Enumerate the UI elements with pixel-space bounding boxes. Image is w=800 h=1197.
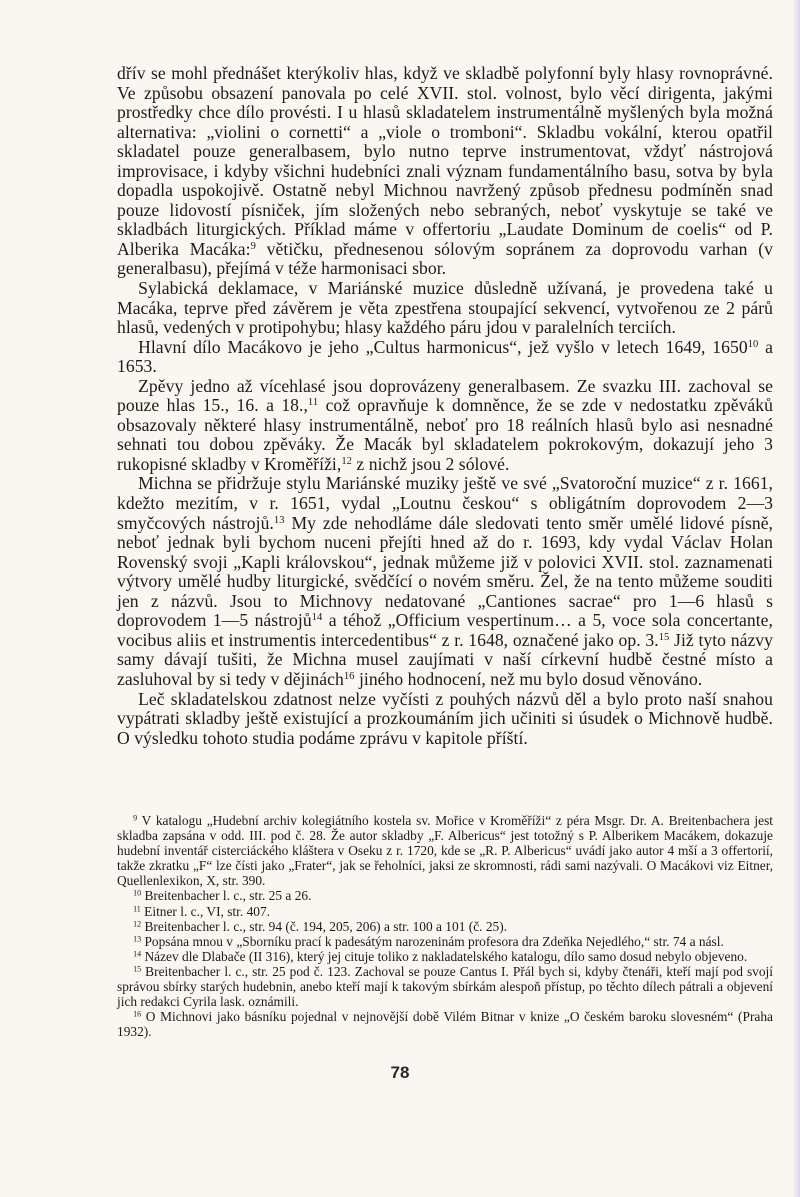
footnote-13: 13 Popsána mnou v „Sborníku prací k pade… bbox=[117, 934, 773, 949]
paragraph-1: dřív se mohl přednášet kterýkoliv hlas, … bbox=[117, 64, 773, 279]
footnote-ref-13[interactable]: 13 bbox=[274, 515, 285, 526]
footnote-ref-16[interactable]: 16 bbox=[344, 671, 355, 682]
paragraph-3: Hlavní dílo Macákovo je jeho „Cultus har… bbox=[117, 338, 773, 377]
footnote-11: 11 Eitner l. c., VI, str. 407. bbox=[117, 904, 773, 919]
page-number: 78 bbox=[0, 1063, 800, 1083]
paragraph-6: Leč skladatelskou zdatnost nelze vyčísti… bbox=[117, 690, 773, 749]
footnote-ref-11[interactable]: 11 bbox=[308, 398, 318, 409]
footnote-15: 15 Breitenbacher l. c., str. 25 pod č. 1… bbox=[117, 964, 773, 1009]
page-body: dřív se mohl přednášet kterýkoliv hlas, … bbox=[117, 64, 773, 748]
page-edge-shadow bbox=[792, 0, 800, 1197]
paragraph-4: Zpěvy jedno až vícehlasé jsou doprovázen… bbox=[117, 377, 773, 475]
footnote-14: 14 Název dle Dlabače (II 316), který jej… bbox=[117, 949, 773, 964]
main-text: dřív se mohl přednášet kterýkoliv hlas, … bbox=[117, 64, 773, 748]
footnotes: 9 V katalogu „Hudební archiv kolegiátníh… bbox=[117, 813, 773, 1039]
footnote-ref-10[interactable]: 10 bbox=[748, 339, 759, 350]
footnote-ref-12[interactable]: 12 bbox=[341, 456, 352, 467]
paragraph-2: Sylabická deklamace, v Mariánské muzice … bbox=[117, 279, 773, 338]
footnote-ref-14[interactable]: 14 bbox=[312, 613, 323, 624]
footnote-16: 16 O Michnovi jako básníku pojednal v ne… bbox=[117, 1009, 773, 1039]
footnote-9: 9 V katalogu „Hudební archiv kolegiátníh… bbox=[117, 813, 773, 888]
paragraph-5: Michna se přidržuje stylu Mariánské muzi… bbox=[117, 474, 773, 689]
footnote-ref-15[interactable]: 15 bbox=[659, 632, 670, 643]
footnote-12: 12 Breitenbacher l. c., str. 94 (č. 194,… bbox=[117, 919, 773, 934]
footnote-10: 10 Breitenbacher l. c., str. 25 a 26. bbox=[117, 888, 773, 903]
